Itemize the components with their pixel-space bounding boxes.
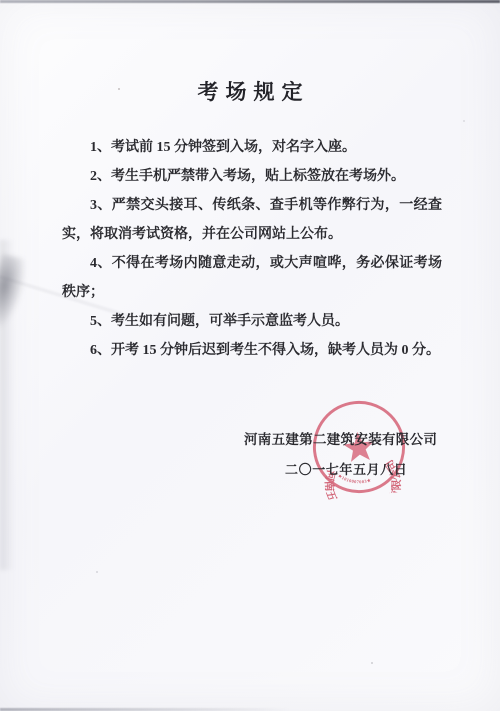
scan-top-edge [0,0,500,3]
rule-item-6: 6、开考 15 分钟后迟到考生不得入场，缺考人员为 0 分。 [62,336,442,365]
rule-item-2: 2、考生手机严禁带入考场，贴上标签放在考场外。 [62,162,442,191]
rule-item-4: 4、不得在考场内随意走动，或大声喧哗，务必保证考场秩序； [62,249,442,307]
paper-crease [0,253,31,334]
signature-date: 二〇一七年五月八日 [285,459,407,478]
scanned-page: 考场规定 1、考试前 15 分钟签到入场，对名字入座。 2、考生手机严禁带入考场… [0,0,500,711]
rule-item-3: 3、严禁交头接耳、传纸条、查手机等作弊行为，一经查实，将取消考试资格，并在公司网… [62,191,442,249]
scan-specks [0,0,2,2]
rule-item-5: 5、考生如有问题，可举手示意监考人员。 [62,307,442,336]
rule-item-1: 1、考试前 15 分钟签到入场，对名字入座。 [62,133,442,162]
signature-company-name: 河南五建第二建筑安装有限公司 [244,428,437,448]
document-title: 考场规定 [0,76,500,106]
rules-list: 1、考试前 15 分钟签到入场，对名字入座。 2、考生手机严禁带入考场，贴上标签… [62,133,442,365]
